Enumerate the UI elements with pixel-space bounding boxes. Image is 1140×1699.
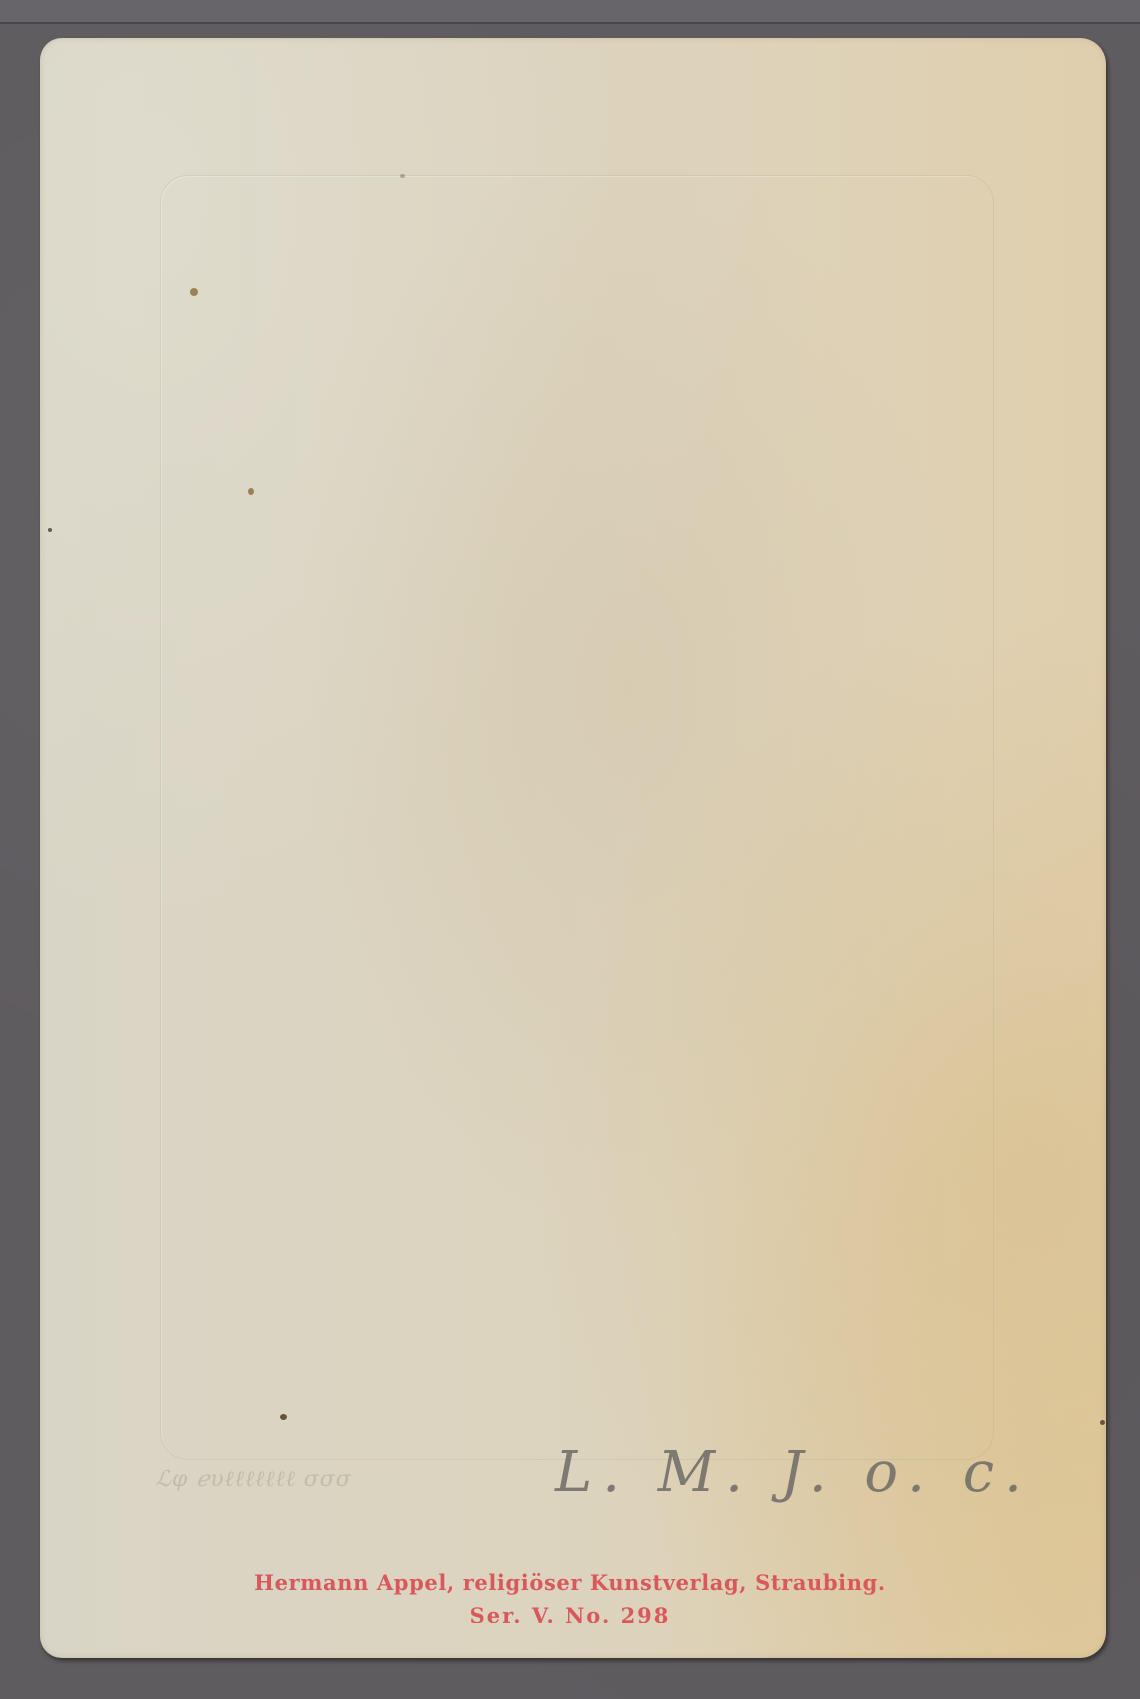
mount-edge [0, 0, 1140, 24]
foxing-spot [248, 488, 254, 495]
series-number: Ser. V. No. 298 [0, 1603, 1140, 1623]
foxing-spot [1100, 1420, 1105, 1425]
foxing-spot [190, 288, 198, 296]
foxing-spot [400, 174, 405, 178]
foxing-spot [280, 1414, 287, 1420]
foxing-spot [48, 528, 52, 532]
embossed-frame [160, 175, 994, 1460]
handwritten-initials: L. M. J. o. c. [555, 1440, 1032, 1505]
cabinet-card-back: ℒφ ℯυℓℓℓℓℓℓℓ σσσ [40, 38, 1106, 1658]
faint-pencil-note: ℒφ ℯυℓℓℓℓℓℓℓ σσσ [155, 1466, 352, 1492]
publisher-imprint: Hermann Appel, religiöser Kunstverlag, S… [0, 1570, 1140, 1595]
